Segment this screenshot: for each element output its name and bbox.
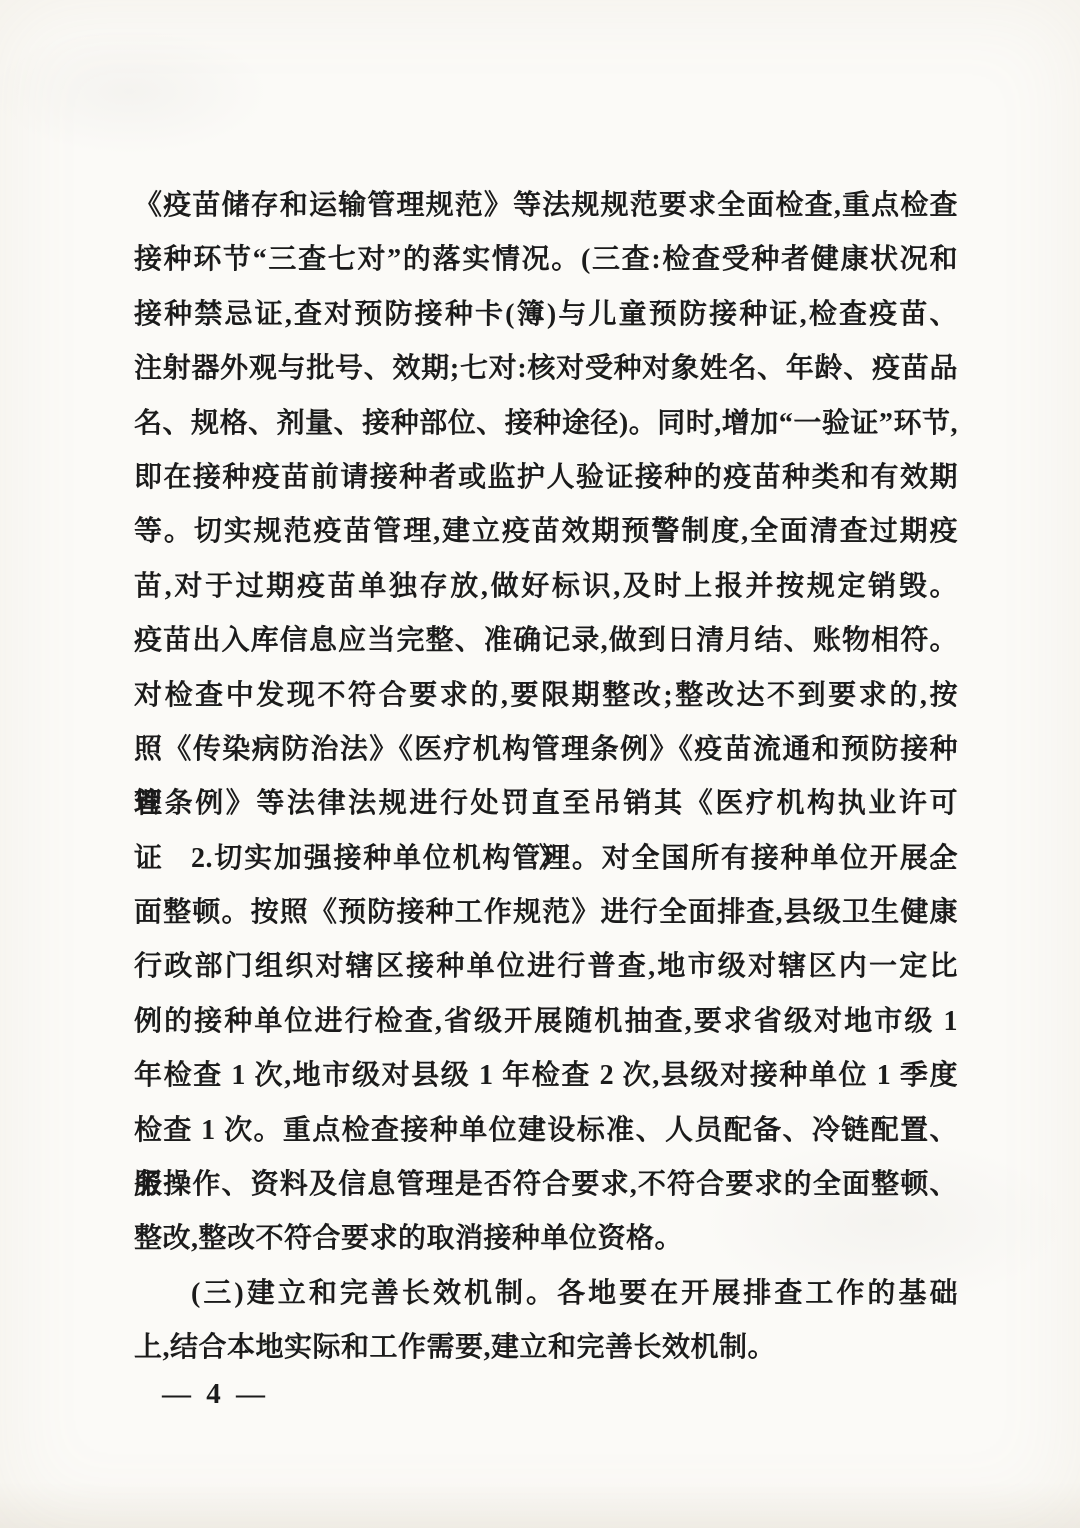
page-number: — 4 — [162,1374,269,1414]
text-line: (三)建立和完善长效机制。各地要在开展排查工作的基础 [134,1267,958,1321]
document-body: 《疫苗储存和运输管理规范》等法规规范要求全面检查,重点检查接种环节“三查七对”的… [134,179,958,1376]
text-line: 照《传染病防治法》《医疗机构管理条例》《疫苗流通和预防接种管 [134,723,958,777]
text-line: 疫苗出入库信息应当完整、准确记录,做到日清月结、账物相符。 [134,614,958,668]
text-line: 注射器外观与批号、效期;七对:核对受种对象姓名、年龄、疫苗品 [134,342,958,396]
text-line: 上,结合本地实际和工作需要,建立和完善长效机制。 [134,1321,958,1375]
text-line: 理条例》等法律法规进行处罚直至吊销其《医疗机构执业许可证》。 [134,777,958,831]
text-line: 接种禁忌证,查对预防接种卡(簿)与儿童预防接种证,检查疫苗、 [134,288,958,342]
text-line: 检查 1 次。重点检查接种单位建设标准、人员配备、冷链配置、服 [134,1104,958,1158]
text-line: 年检查 1 次,地市级对县级 1 年检查 2 次,县级对接种单位 1 季度 [134,1049,958,1103]
text-line: 苗,对于过期疫苗单独存放,做好标识,及时上报并按规定销毁。 [134,560,958,614]
text-line: 《疫苗储存和运输管理规范》等法规规范要求全面检查,重点检查 [134,179,958,233]
text-line: 等。切实规范疫苗管理,建立疫苗效期预警制度,全面清查过期疫 [134,505,958,559]
text-line: 面整顿。按照《预防接种工作规范》进行全面排查,县级卫生健康 [134,886,958,940]
text-line: 名、规格、剂量、接种部位、接种途径)。同时,增加“一验证”环节, [134,397,958,451]
text-line: 对检查中发现不符合要求的,要限期整改;整改达不到要求的,按 [134,669,958,723]
text-line: 即在接种疫苗前请接种者或监护人验证接种的疫苗种类和有效期 [134,451,958,505]
text-line: 务操作、资料及信息管理是否符合要求,不符合要求的全面整顿、 [134,1158,958,1212]
text-line: 例的接种单位进行检查,省级开展随机抽查,要求省级对地市级 1 [134,995,958,1049]
text-line: 接种环节“三查七对”的落实情况。(三查:检查受种者健康状况和 [134,233,958,287]
text-line: 2.切实加强接种单位机构管理。对全国所有接种单位开展全 [134,832,958,886]
text-line: 整改,整改不符合要求的取消接种单位资格。 [134,1212,958,1266]
text-line: 行政部门组织对辖区接种单位进行普查,地市级对辖区内一定比 [134,940,958,994]
